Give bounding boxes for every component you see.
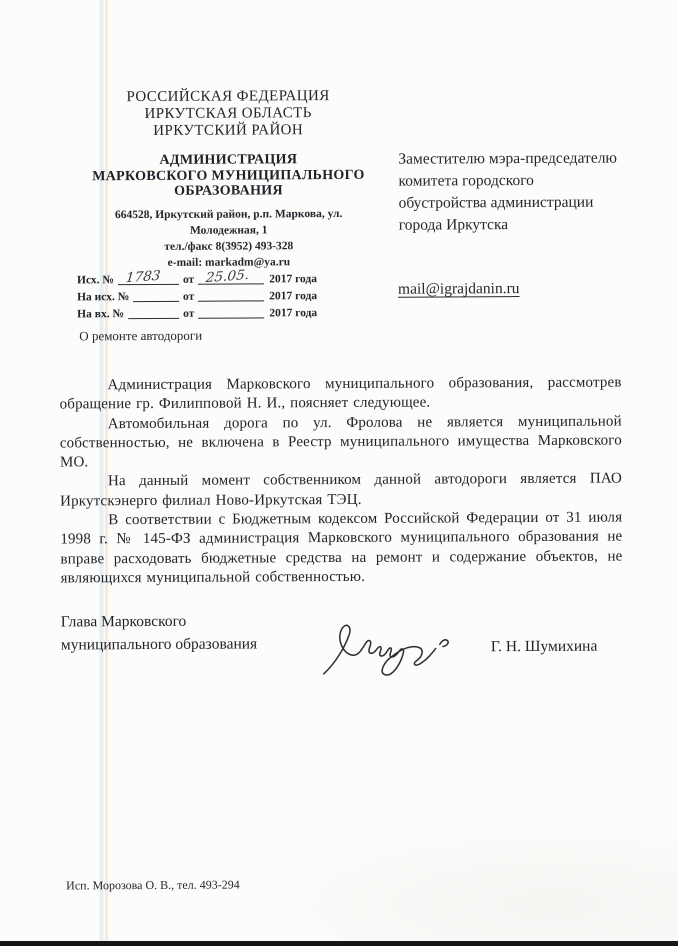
incoming-ref-label: На исх. № bbox=[77, 291, 129, 303]
letter-content: РОССИЙСКАЯ ФЕДЕРАЦИЯ ИРКУТСКАЯ ОБЛАСТЬ И… bbox=[0, 0, 678, 946]
outgoing-number-handwritten: 1783 bbox=[125, 268, 161, 287]
letter-subject: О ремонте автодороги bbox=[79, 328, 202, 345]
signer-position: Глава Марковского муниципального образов… bbox=[61, 609, 258, 656]
year-label: 2017 года bbox=[269, 273, 317, 285]
org-address-line: 664528, Иркутский район, р.п. Маркова, у… bbox=[84, 206, 374, 224]
org-name-line: МАРКОВСКОГО МУНИЦИПАЛЬНОГО bbox=[68, 167, 388, 184]
letterhead-contact-block: 664528, Иркутский район, р.п. Маркова, у… bbox=[84, 206, 374, 272]
registration-block: Исх. № 1783 от 25.05. 2017 года На исх. … bbox=[77, 268, 317, 320]
incoming-number-label: На вх. № bbox=[77, 308, 124, 320]
signer-position-line: Глава Марковского bbox=[61, 609, 257, 633]
letterhead-district: ИРКУТСКИЙ РАЙОН bbox=[73, 122, 383, 141]
body-paragraph: На данный момент собственником данной ав… bbox=[60, 470, 622, 512]
year-label: 2017 года bbox=[269, 290, 317, 302]
from-label: от bbox=[183, 291, 194, 303]
from-label: от bbox=[183, 274, 194, 286]
outgoing-number-row: Исх. № 1783 от 25.05. 2017 года bbox=[77, 268, 317, 286]
org-address-line: Молодежная, 1 bbox=[84, 222, 374, 240]
outgoing-number-blank: 1783 bbox=[118, 272, 179, 285]
addressee-line: Заместителю мэра-председателю bbox=[398, 147, 638, 170]
org-name-line: ОБРАЗОВАНИЯ bbox=[68, 183, 388, 200]
scanned-letter-page: РОССИЙСКАЯ ФЕДЕРАЦИЯ ИРКУТСКАЯ ОБЛАСТЬ И… bbox=[0, 0, 678, 946]
org-phone: тел./факс 8(3952) 493-328 bbox=[84, 238, 374, 256]
incoming-number-blank bbox=[128, 306, 179, 319]
body-paragraph: Автомобильная дорога по ул. Фролова не я… bbox=[60, 412, 622, 473]
incoming-number-row: На вх. № от 2017 года bbox=[77, 302, 317, 320]
incoming-number-date-blank bbox=[198, 305, 264, 318]
addressee-line: города Иркутска bbox=[399, 213, 639, 236]
signer-name: Г. Н. Шумихина bbox=[491, 638, 598, 657]
letterhead-country: РОССИЙСКАЯ ФЕДЕРАЦИЯ bbox=[73, 88, 383, 107]
addressee-line: обустройства администрации bbox=[399, 191, 639, 214]
addressee-line: комитета городского bbox=[398, 169, 638, 192]
from-label: от bbox=[183, 308, 194, 320]
org-name-line: АДМИНИСТРАЦИЯ bbox=[68, 152, 388, 169]
letterhead-jurisdiction: РОССИЙСКАЯ ФЕДЕРАЦИЯ ИРКУТСКАЯ ОБЛАСТЬ И… bbox=[73, 88, 383, 141]
outgoing-date-handwritten: 25.05. bbox=[205, 267, 250, 286]
incoming-ref-date-blank bbox=[198, 288, 264, 301]
outgoing-number-label: Исх. № bbox=[77, 274, 114, 286]
executor-note: Исп. Морозова О. В., тел. 493-294 bbox=[66, 878, 240, 894]
year-label: 2017 года bbox=[269, 307, 317, 319]
incoming-ref-row: На исх. № от 2017 года bbox=[77, 285, 317, 303]
signer-position-line: муниципального образования bbox=[61, 632, 257, 656]
addressee-block: Заместителю мэра-председателю комитета г… bbox=[398, 147, 638, 236]
body-paragraph: В соответствии с Бюджетным кодексом Росс… bbox=[60, 509, 622, 589]
addressee-email: mail@igrajdanin.ru bbox=[398, 280, 520, 299]
body-paragraph: Администрация Марковского муниципального… bbox=[59, 374, 621, 416]
signature-scrawl-image bbox=[317, 609, 462, 684]
incoming-ref-blank bbox=[133, 289, 179, 302]
outgoing-date-blank: 25.05. bbox=[198, 271, 264, 284]
letterhead-region: ИРКУТСКАЯ ОБЛАСТЬ bbox=[73, 105, 383, 124]
letterhead-organization: АДМИНИСТРАЦИЯ МАРКОВСКОГО МУНИЦИПАЛЬНОГО… bbox=[68, 152, 388, 200]
letter-body: Администрация Марковского муниципального… bbox=[59, 374, 622, 589]
